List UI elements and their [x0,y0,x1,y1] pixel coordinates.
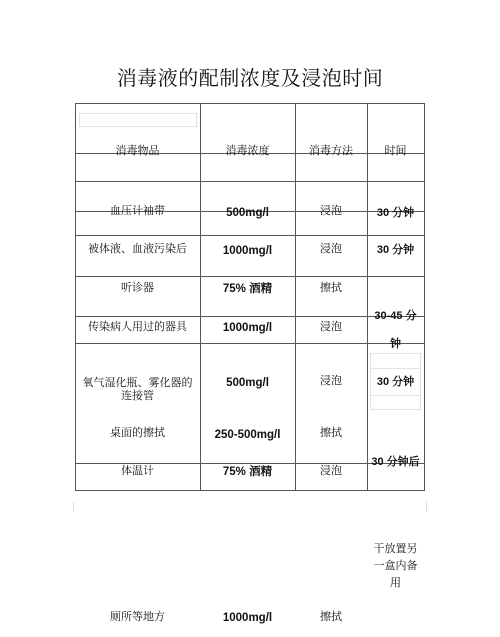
cell-time: 30 分钟 [367,206,424,220]
cell-concentration: 1000mg/l [200,244,295,258]
cell-item-line1: 氧气湿化瓶、雾化器的 [75,376,200,390]
row-divider [75,181,425,182]
cell-method: 擦拭 [295,426,367,440]
note-line: 干放置另 [367,542,424,556]
row-divider [75,276,425,277]
cell-item: 桌面的擦拭 [75,426,200,440]
cell-time-line2: 钟 [367,337,424,351]
note-line: 用 [367,576,424,590]
cell-item: 听诊器 [75,281,200,295]
faint-line [370,368,421,369]
faint-line [370,395,421,396]
cell-time: 30 分钟后 [367,455,424,469]
column-divider-3 [367,103,368,491]
faint-box [79,113,197,127]
cell-concentration: 500mg/l [200,206,295,220]
cell-method: 浸泡 [295,242,367,256]
page-title: 消毒液的配制浓度及浸泡时间 [0,62,500,91]
cell-concentration: 500mg/l [200,376,295,390]
cell-time-line1: 30-45 分 [367,309,424,323]
note-line: 一盒内备 [367,559,424,573]
row-divider [75,235,425,236]
header-concentration: 消毒浓度 [200,144,295,158]
table-border-top [75,103,425,104]
table-border-right [424,103,425,491]
faint-edge [426,502,427,512]
cell-item: 厕所等地方 [75,610,200,624]
cell-concentration: 75% 酒精 [200,282,295,296]
cell-time: 30 分钟 [367,243,424,257]
cell-concentration: 75% 酒精 [200,465,295,479]
cell-item: 血压计袖带 [75,204,200,218]
cell-method: 擦拭 [295,281,367,295]
cell-concentration: 250-500mg/l [200,428,295,442]
cell-time: 30 分钟 [367,375,424,389]
cell-method: 浸泡 [295,204,367,218]
header-method: 消毒方法 [295,144,367,158]
header-item: 消毒物品 [75,144,200,158]
cell-item: 传染病人用过的器具 [75,320,200,334]
header-time: 时间 [367,144,424,158]
cell-concentration: 1000mg/l [200,321,295,335]
cell-method: 浸泡 [295,374,367,388]
cell-method: 浸泡 [295,464,367,478]
cell-item-line2: 连接管 [75,389,200,403]
table-border-bottom [75,490,425,491]
cell-concentration: 1000mg/l [200,611,295,625]
cell-item: 被体液、血液污染后 [75,242,200,256]
cell-method: 浸泡 [295,320,367,334]
faint-edge [73,502,74,512]
cell-method: 擦拭 [295,610,367,624]
cell-item: 体温计 [75,464,200,478]
